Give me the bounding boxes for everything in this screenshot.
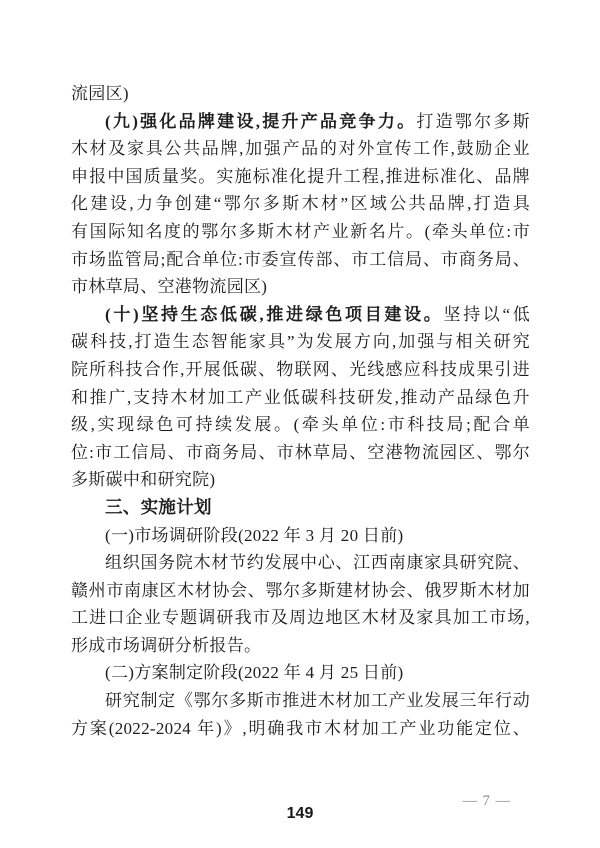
text-lines: 流园区)(九)强化品牌建设,提升产品竞争力。打造鄂尔多斯木材及家具公共品牌,加强… [71, 80, 530, 742]
body-text: 组织国务院木材节约发展中心、江西南康家具研究院、 [105, 553, 530, 572]
body-text: 研究制定《鄂尔多斯市推进木材加工产业发展三年行动 [105, 691, 530, 710]
document-page: 流园区)(九)强化品牌建设,提升产品竞争力。打造鄂尔多斯木材及家具公共品牌,加强… [0, 0, 600, 848]
text-line: 组织国务院木材节约发展中心、江西南康家具研究院、 [71, 549, 530, 577]
body-text: 形成市场调研分析报告。 [71, 636, 261, 655]
text-line: 赣州市南康区木材协会、鄂尔多斯建材协会、俄罗斯木材加 [71, 577, 530, 605]
text-line: (一)市场调研阶段(2022 年 3 月 20 日前) [71, 522, 530, 550]
text-line: 申报中国质量奖。实施标准化提升工程,推进标准化、品牌 [71, 163, 530, 191]
body-text: 和推广,支持木材加工产业低碳科技研发,推动产品绿色升 [71, 388, 530, 407]
text-line: 和推广,支持木材加工产业低碳科技研发,推动产品绿色升 [71, 384, 530, 412]
body-text: 流园区) [71, 84, 129, 103]
text-line: 位:市工信局、市商务局、市林草局、空港物流园区、鄂尔 [71, 439, 530, 467]
bold-lead-text: (九)强化品牌建设,提升产品竞争力。 [105, 112, 416, 131]
body-text: 位:市工信局、市商务局、市林草局、空港物流园区、鄂尔 [71, 443, 530, 462]
text-line: 研究制定《鄂尔多斯市推进木材加工产业发展三年行动 [71, 687, 530, 715]
body-text: 院所科技合作,开展低碳、物联网、光线感应科技成果引进 [71, 360, 530, 379]
body-text: (二)方案制定阶段(2022 年 4 月 25 日前) [105, 663, 404, 682]
text-line: 木材及家具公共品牌,加强产品的对外宣传工作,鼓励企业 [71, 135, 530, 163]
body-text: 赣州市南康区木材协会、鄂尔多斯建材协会、俄罗斯木材加 [71, 581, 530, 600]
text-line: 级,实现绿色可持续发展。(牵头单位:市科技局;配合单 [71, 411, 530, 439]
page-number-stamp: 149 [0, 805, 600, 823]
text-line: 方案(2022-2024 年)》,明确我市木材加工产业功能定位、 [71, 715, 530, 743]
body-text: 打造鄂尔多斯 [416, 112, 530, 131]
body-text: 坚持以“低 [443, 305, 530, 324]
body-text: 市场监管局;配合单位:市委宣传部、市工信局、市商务局、 [71, 250, 530, 269]
text-line: 院所科技合作,开展低碳、物联网、光线感应科技成果引进 [71, 356, 530, 384]
body-text: (一)市场调研阶段(2022 年 3 月 20 日前) [105, 526, 404, 545]
text-line: 工进口企业专题调研我市及周边地区木材及家具加工市场, [71, 604, 530, 632]
text-line: 流园区) [71, 80, 530, 108]
body-text: 有国际知名度的鄂尔多斯木材产业新名片。(牵头单位:市 [71, 222, 530, 241]
text-line: 市林草局、空港物流园区) [71, 273, 530, 301]
text-line: 有国际知名度的鄂尔多斯木材产业新名片。(牵头单位:市 [71, 218, 530, 246]
section-heading: 三、实施计划 [71, 494, 530, 522]
body-text: 木材及家具公共品牌,加强产品的对外宣传工作,鼓励企业 [71, 139, 530, 158]
body-text: 方案(2022-2024 年)》,明确我市木材加工产业功能定位、 [71, 719, 530, 738]
text-line: 化建设,力争创建“鄂尔多斯木材”区域公共品牌,打造具 [71, 190, 530, 218]
text-line: 碳科技,打造生态智能家具”为发展方向,加强与相关研究 [71, 328, 530, 356]
body-text: 市林草局、空港物流园区) [71, 277, 267, 296]
bold-lead-text: 三、实施计划 [105, 497, 212, 517]
body-text: 级,实现绿色可持续发展。(牵头单位:市科技局;配合单 [71, 415, 530, 434]
body-text: 工进口企业专题调研我市及周边地区木材及家具加工市场, [71, 608, 530, 627]
text-line: 市场监管局;配合单位:市委宣传部、市工信局、市商务局、 [71, 246, 530, 274]
body-text: 申报中国质量奖。实施标准化提升工程,推进标准化、品牌 [71, 167, 530, 186]
body-text: 多斯碳中和研究院) [71, 470, 215, 489]
text-line: 多斯碳中和研究院) [71, 466, 530, 494]
text-line: 形成市场调研分析报告。 [71, 632, 530, 660]
text-line: (二)方案制定阶段(2022 年 4 月 25 日前) [71, 659, 530, 687]
bold-lead-text: (十)坚持生态低碳,推进绿色项目建设。 [105, 305, 443, 324]
text-line: (九)强化品牌建设,提升产品竞争力。打造鄂尔多斯 [71, 108, 530, 136]
body-text: 碳科技,打造生态智能家具”为发展方向,加强与相关研究 [71, 332, 530, 351]
body-text: 化建设,力争创建“鄂尔多斯木材”区域公共品牌,打造具 [71, 194, 530, 213]
text-line: (十)坚持生态低碳,推进绿色项目建设。坚持以“低 [71, 301, 530, 329]
